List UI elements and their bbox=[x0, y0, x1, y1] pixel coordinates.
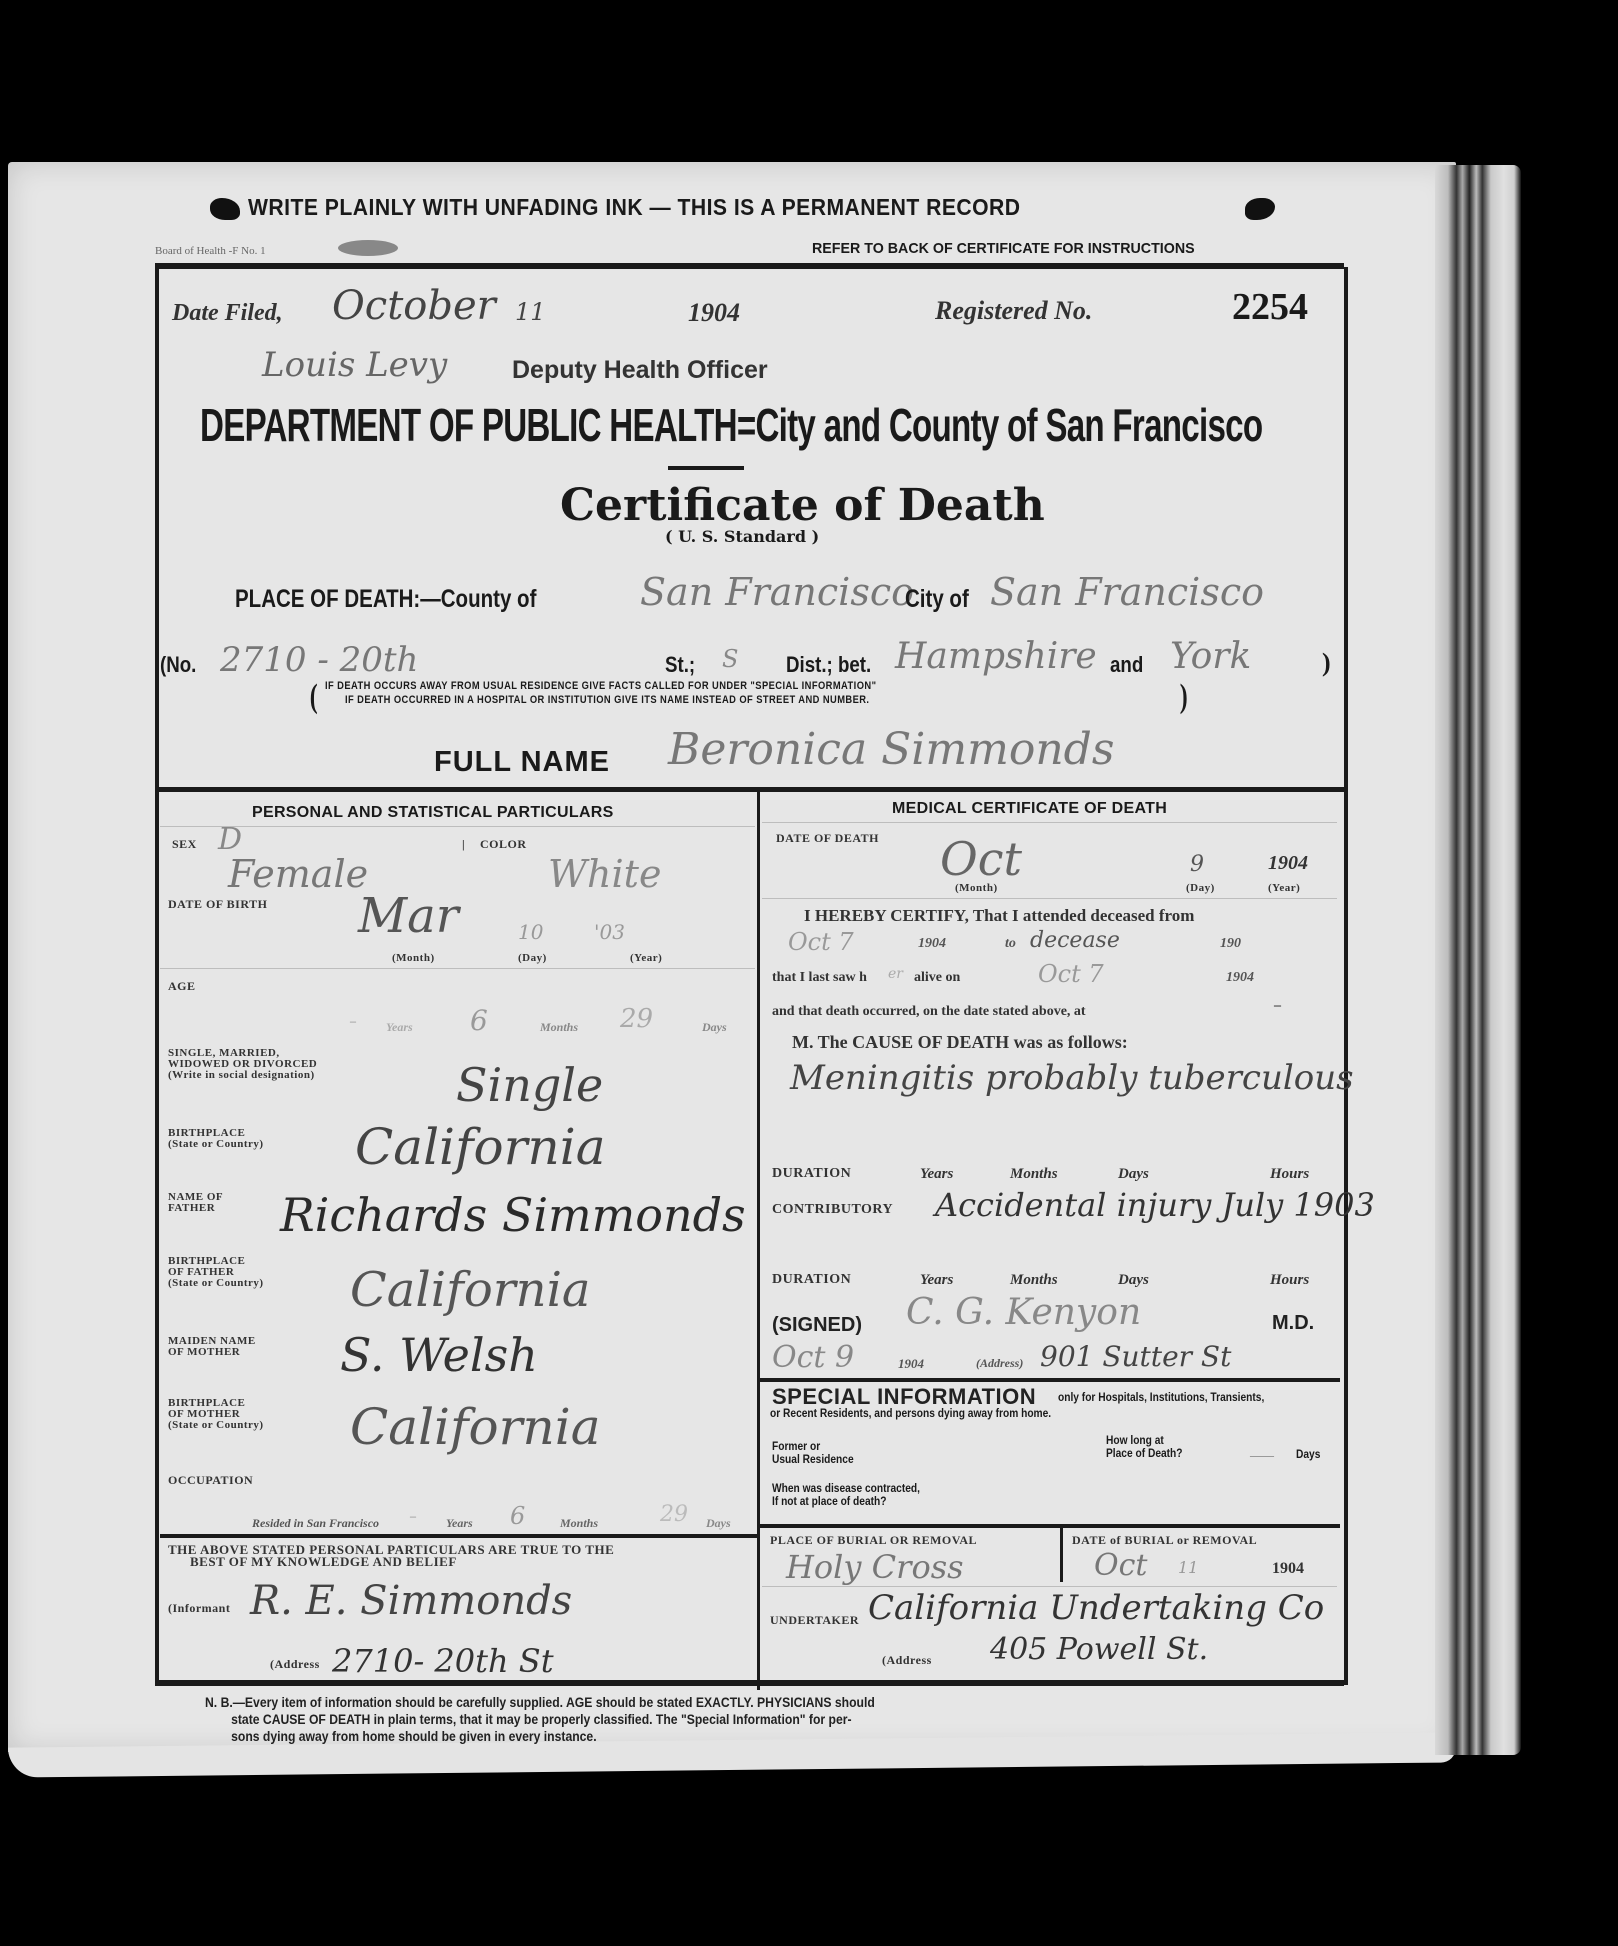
residence-note: IF DEATH OCCURS AWAY FROM USUAL RESIDENC… bbox=[325, 680, 876, 692]
physician-signature: C. G. Kenyon bbox=[906, 1292, 1141, 1333]
burial-date-label: DATE of BURIAL or REMOVAL bbox=[1072, 1534, 1257, 1546]
duration-hours-caption: Hours bbox=[1270, 1166, 1309, 1183]
age-years: – bbox=[350, 1015, 357, 1027]
last-saw-year: 1904 bbox=[1226, 970, 1254, 986]
duration-months-caption: Months bbox=[1010, 1166, 1058, 1183]
birthplace-label: BIRTHPLACE (State or Country) bbox=[168, 1128, 264, 1150]
sex-value: Female bbox=[228, 852, 368, 896]
duration-label: DURATION bbox=[772, 1168, 851, 1180]
mother-birthplace-label-line-3: (State or Country) bbox=[168, 1420, 264, 1431]
color-label-marker: | bbox=[462, 838, 465, 850]
mother-name-label-line-2: OF MOTHER bbox=[168, 1347, 256, 1358]
street-no-label: (No. bbox=[160, 652, 196, 678]
dod-month-caption: (Month) bbox=[955, 882, 998, 894]
dob-day-caption: (Day) bbox=[518, 952, 547, 964]
instructions-note: REFER TO BACK OF CERTIFICATE FOR INSTRUC… bbox=[812, 240, 1195, 257]
duration-days-caption: Days bbox=[1118, 1166, 1149, 1183]
mother-name-value: S. Welsh bbox=[340, 1328, 538, 1382]
occupation-label: OCCUPATION bbox=[168, 1474, 253, 1486]
age-days: 29 bbox=[620, 1004, 653, 1034]
to-label: to bbox=[1005, 936, 1016, 952]
dob-year: '03 bbox=[594, 920, 625, 944]
dob-month-caption: (Month) bbox=[392, 952, 435, 964]
contributory-value: Accidental injury July 1903 bbox=[935, 1186, 1375, 1224]
resided-months: 6 bbox=[510, 1502, 525, 1530]
st-label: St.; bbox=[665, 652, 695, 678]
city-label: City of bbox=[905, 585, 969, 614]
age-days-caption: Days bbox=[702, 1020, 727, 1035]
informant-value: R. E. Simmonds bbox=[250, 1578, 572, 1624]
signed-label: (SIGNED) bbox=[772, 1314, 862, 1337]
informant-address-value: 2710- 20th St bbox=[332, 1642, 554, 1680]
how-long-label-line-2: Place of Death? bbox=[1106, 1447, 1183, 1460]
informant-label: (Informant bbox=[168, 1602, 230, 1614]
close-bracket: ) bbox=[1180, 678, 1188, 716]
resided-days: 29 bbox=[660, 1502, 688, 1527]
color-label: COLOR bbox=[480, 838, 527, 850]
duration2-days-caption: Days bbox=[1118, 1272, 1149, 1289]
date-of-death-day: 9 bbox=[1190, 852, 1204, 877]
footnote-line-3: sons dying away from home should be give… bbox=[205, 1728, 875, 1745]
sex-label: SEX bbox=[172, 838, 197, 850]
last-saw-date: Oct 7 bbox=[1038, 960, 1104, 988]
father-name-value: Richards Simmonds bbox=[280, 1188, 746, 1242]
disease-contracted-label-line-2: If not at place of death? bbox=[772, 1495, 920, 1508]
special-info-note-2: or Recent Residents, and persons dying a… bbox=[770, 1406, 1051, 1420]
attended-to: decease bbox=[1030, 928, 1120, 953]
certify-text: I HEREBY CERTIFY, That I attended deceas… bbox=[804, 906, 1194, 926]
resided-months-caption: Months bbox=[560, 1516, 598, 1531]
age-months: 6 bbox=[470, 1004, 488, 1037]
us-standard-label: ( U. S. Standard ) bbox=[665, 527, 819, 546]
attended-from: Oct 7 bbox=[788, 928, 854, 956]
death-occurred-text: and that death occurred, on the date sta… bbox=[772, 1004, 1086, 1020]
personal-heading: PERSONAL AND STATISTICAL PARTICULARS bbox=[252, 804, 614, 822]
attended-from-year: 1904 bbox=[918, 936, 946, 952]
signed-year: 1904 bbox=[898, 1356, 924, 1372]
duration-years-caption: Years bbox=[920, 1166, 953, 1183]
birthplace-value: California bbox=[355, 1118, 606, 1176]
physician-address-value: 901 Sutter St bbox=[1040, 1340, 1231, 1373]
marital-value: Single bbox=[456, 1058, 603, 1112]
registered-no-label: Registered No. bbox=[935, 296, 1092, 326]
date-filed-day: 11 bbox=[515, 298, 546, 326]
medical-heading: MEDICAL CERTIFICATE OF DEATH bbox=[892, 800, 1167, 818]
date-of-death-month: Oct bbox=[940, 832, 1022, 886]
open-bracket: ( bbox=[310, 678, 318, 716]
dob-label: DATE OF BIRTH bbox=[168, 898, 267, 910]
date-of-death-year: 1904 bbox=[1268, 852, 1308, 875]
md-label: M.D. bbox=[1272, 1312, 1314, 1335]
informant-statement-line-2: BEST OF MY KNOWLEDGE AND BELIEF bbox=[168, 1556, 614, 1568]
and-label: and bbox=[1110, 652, 1143, 678]
duration2-hours-caption: Hours bbox=[1270, 1272, 1309, 1289]
informant-divider bbox=[160, 1534, 757, 1538]
book-page-edges bbox=[1435, 165, 1521, 1755]
resided-days-caption: Days bbox=[706, 1516, 731, 1531]
alive-on-label: alive on bbox=[914, 970, 960, 986]
city-value: San Francisco bbox=[990, 570, 1264, 614]
informant-address-label: (Address bbox=[270, 1658, 320, 1670]
permanent-record-banner: WRITE PLAINLY WITH UNFADING INK — THIS I… bbox=[248, 194, 1021, 221]
dob-year-caption: (Year) bbox=[630, 952, 662, 964]
marital-label-line-3: (Write in social designation) bbox=[168, 1070, 317, 1081]
date-filed-month: October bbox=[332, 283, 496, 329]
how-long-label: How long at Place of Death? bbox=[1106, 1434, 1183, 1460]
county-value: San Francisco bbox=[640, 570, 914, 614]
section-divider bbox=[155, 787, 1344, 792]
former-residence-label-line-2: Usual Residence bbox=[772, 1453, 854, 1466]
dist-label: Dist.; bet. bbox=[786, 652, 871, 678]
contributory-label: CONTRIBUTORY bbox=[772, 1204, 893, 1216]
undertaker-value: California Undertaking Co bbox=[868, 1588, 1324, 1628]
special-info-note: only for Hospitals, Institutions, Transi… bbox=[1058, 1390, 1264, 1404]
age-years-caption: Years bbox=[386, 1020, 413, 1035]
date-filed-year: 1904 bbox=[688, 298, 740, 328]
father-birthplace-label: BIRTHPLACE OF FATHER (State or Country) bbox=[168, 1256, 264, 1289]
duration2-label: DURATION bbox=[772, 1274, 851, 1286]
informant-statement: THE ABOVE STATED PERSONAL PARTICULARS AR… bbox=[168, 1544, 614, 1568]
attended-to-year: 190 bbox=[1220, 936, 1241, 952]
burial-divider bbox=[760, 1524, 1340, 1528]
days-label: Days bbox=[1296, 1447, 1320, 1461]
age-months-caption: Months bbox=[540, 1020, 578, 1035]
father-birthplace-label-line-3: (State or Country) bbox=[168, 1278, 264, 1289]
resided-years: – bbox=[410, 1510, 417, 1522]
birthplace-label-line-2: (State or Country) bbox=[168, 1139, 264, 1150]
duration2-months-caption: Months bbox=[1010, 1272, 1058, 1289]
age-label: AGE bbox=[168, 980, 196, 992]
father-name-label: NAME OF FATHER bbox=[168, 1192, 223, 1214]
hospital-note: IF DEATH OCCURRED IN A HOSPITAL OR INSTI… bbox=[345, 694, 869, 706]
former-residence-label: Former or Usual Residence bbox=[772, 1440, 854, 1466]
disease-contracted-label: When was disease contracted, If not at p… bbox=[772, 1482, 920, 1508]
resided-label: Resided in San Francisco bbox=[252, 1516, 379, 1531]
cause-of-death-value: Meningitis probably tuberculous bbox=[790, 1058, 1354, 1098]
last-saw-text: that I last saw h bbox=[772, 970, 867, 986]
dod-day-caption: (Day) bbox=[1186, 882, 1215, 894]
street-no-value: 2710 - 20th bbox=[220, 640, 418, 680]
column-divider bbox=[757, 792, 760, 1690]
signed-date: Oct 9 bbox=[772, 1340, 854, 1375]
burial-place-label: PLACE OF BURIAL OR REMOVAL bbox=[770, 1534, 977, 1546]
footnote-line-1: N. B.—Every item of information should b… bbox=[205, 1694, 875, 1711]
duration2-years-caption: Years bbox=[920, 1272, 953, 1289]
cause-intro: M. The CAUSE OF DEATH was as follows: bbox=[792, 1032, 1128, 1053]
father-birthplace-value: California bbox=[350, 1262, 591, 1318]
physician-address-label: (Address) bbox=[976, 1356, 1023, 1371]
close-paren: ) bbox=[1322, 648, 1331, 678]
printer-mark: Board of Health -F No. 1 bbox=[155, 245, 266, 257]
dob-month: Mar bbox=[358, 888, 459, 944]
burial-place-value: Holy Cross bbox=[786, 1548, 964, 1586]
printer-seal-icon bbox=[338, 240, 398, 256]
place-of-death-label: PLACE OF DEATH:—County of bbox=[235, 585, 536, 614]
burial-column-divider bbox=[1060, 1526, 1063, 1582]
how-long-value: —— bbox=[1250, 1448, 1274, 1463]
between-street-1: Hampshire bbox=[895, 636, 1097, 677]
burial-date-month: Oct bbox=[1094, 1548, 1147, 1583]
last-saw-pronoun: er bbox=[888, 966, 903, 982]
footnote: N. B.—Every item of information should b… bbox=[205, 1694, 875, 1745]
death-time: – bbox=[1274, 998, 1281, 1014]
mother-birthplace-value: California bbox=[350, 1398, 601, 1456]
resided-years-caption: Years bbox=[446, 1516, 473, 1531]
certificate-title: Certificate of Death bbox=[560, 480, 1045, 531]
officer-signature: Louis Levy bbox=[262, 345, 447, 385]
undertaker-address-label: (Address bbox=[882, 1654, 932, 1666]
between-street-2: York bbox=[1170, 636, 1251, 677]
dob-day: 10 bbox=[518, 920, 543, 944]
title-divider bbox=[668, 466, 744, 470]
special-info-divider bbox=[760, 1378, 1340, 1382]
date-of-death-label: DATE OF DEATH bbox=[776, 832, 879, 844]
burial-date-day: 11 bbox=[1178, 1558, 1198, 1577]
dod-year-caption: (Year) bbox=[1268, 882, 1300, 894]
date-filed-label: Date Filed, bbox=[172, 300, 283, 327]
department-title: DEPARTMENT OF PUBLIC HEALTH=City and Cou… bbox=[200, 398, 1262, 452]
bottom-border bbox=[155, 1680, 1344, 1686]
mother-birthplace-label: BIRTHPLACE OF MOTHER (State or Country) bbox=[168, 1398, 264, 1431]
st-value: S bbox=[722, 645, 738, 673]
full-name-label: FULL NAME bbox=[434, 746, 610, 779]
footnote-line-2: state CAUSE OF DEATH in plain terms, tha… bbox=[205, 1711, 875, 1728]
registered-no-value: 2254 bbox=[1232, 285, 1308, 329]
undertaker-label: UNDERTAKER bbox=[770, 1614, 859, 1626]
undertaker-address-value: 405 Powell St. bbox=[990, 1632, 1208, 1667]
officer-title: Deputy Health Officer bbox=[512, 356, 768, 385]
full-name-value: Beronica Simmonds bbox=[668, 724, 1114, 775]
color-value: White bbox=[548, 852, 661, 896]
father-name-label-line-2: FATHER bbox=[168, 1203, 223, 1214]
marital-label: SINGLE, MARRIED, WIDOWED OR DIVORCED (Wr… bbox=[168, 1048, 317, 1081]
mother-name-label: MAIDEN NAME OF MOTHER bbox=[168, 1336, 256, 1358]
burial-date-year: 1904 bbox=[1272, 1560, 1304, 1578]
